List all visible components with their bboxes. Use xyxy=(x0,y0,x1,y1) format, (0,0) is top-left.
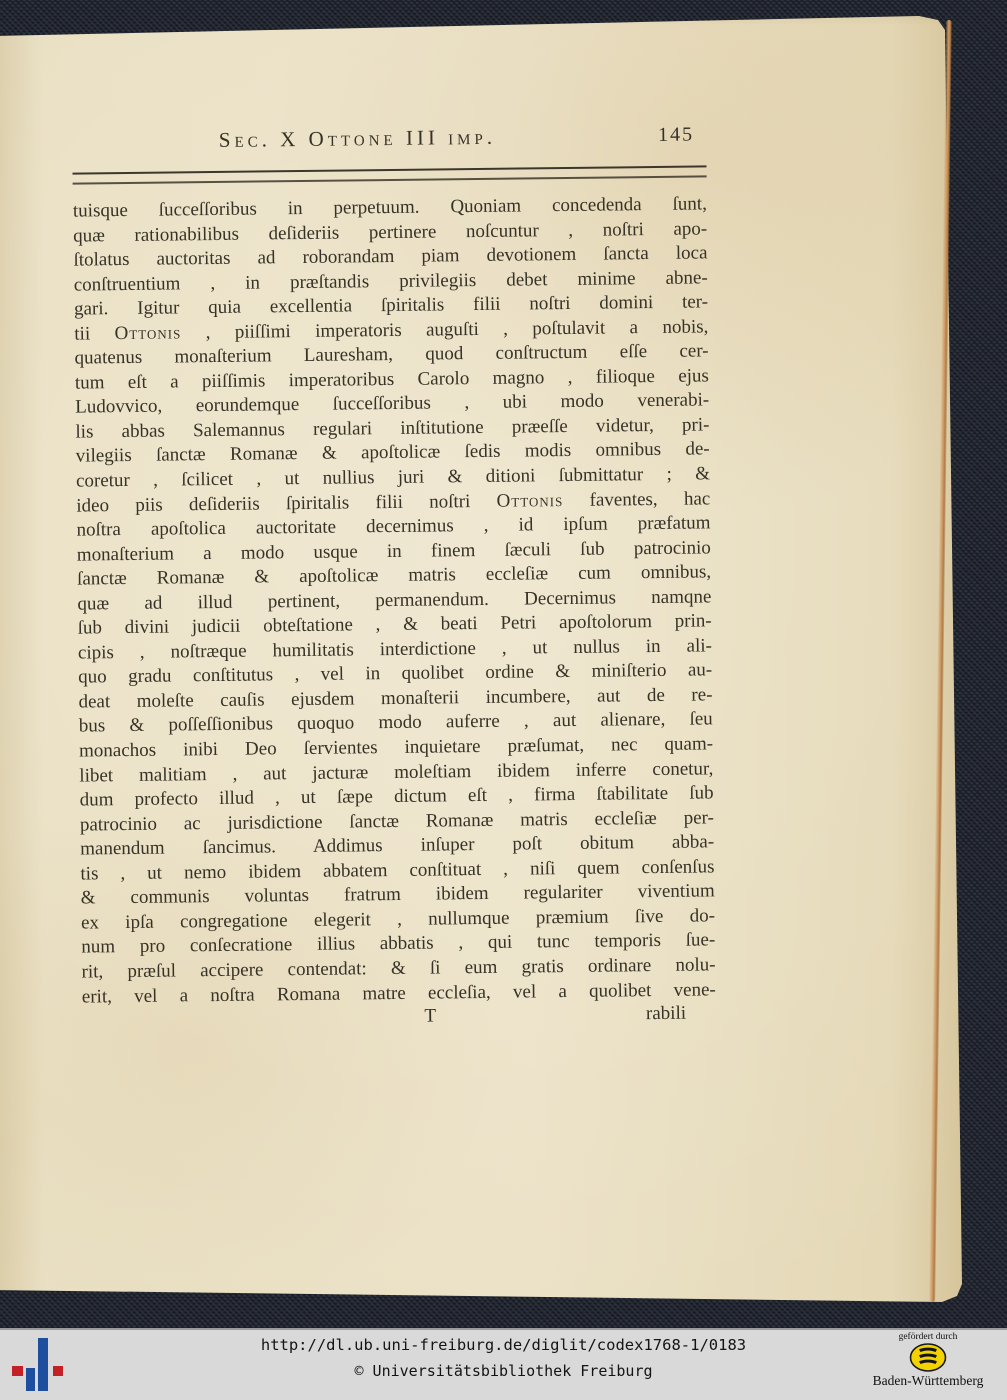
footer-bar: http://dl.ub.uni-freiburg.de/diglit/code… xyxy=(0,1328,1007,1400)
header-rule xyxy=(73,165,707,184)
copyright-notice: © Universitätsbibliothek Freiburg xyxy=(0,1362,1007,1380)
document-url: http://dl.ub.uni-freiburg.de/diglit/code… xyxy=(0,1336,1007,1354)
body-text: tuisque ſucceſſoribus in perpetuum. Quon… xyxy=(73,192,716,1009)
catchword: rabili xyxy=(646,1003,686,1025)
footer-text: http://dl.ub.uni-freiburg.de/diglit/code… xyxy=(0,1336,1007,1380)
section-title: Sec. X Ottone III imp. xyxy=(219,125,496,153)
baden-wuerttemberg-coat-of-arms-icon xyxy=(909,1343,947,1372)
page-content: Sec. X Ottone III imp. 145 tuisque ſucce… xyxy=(72,122,716,1035)
funding-note: gefördert durch xyxy=(863,1332,993,1342)
running-header: Sec. X Ottone III imp. 145 xyxy=(72,122,706,163)
page-number: 145 xyxy=(658,124,694,147)
funding-block: gefördert durch Baden-Württemberg xyxy=(863,1332,993,1389)
funding-region-label: Baden-Württemberg xyxy=(863,1373,993,1389)
signature-mark: T xyxy=(424,1006,436,1028)
